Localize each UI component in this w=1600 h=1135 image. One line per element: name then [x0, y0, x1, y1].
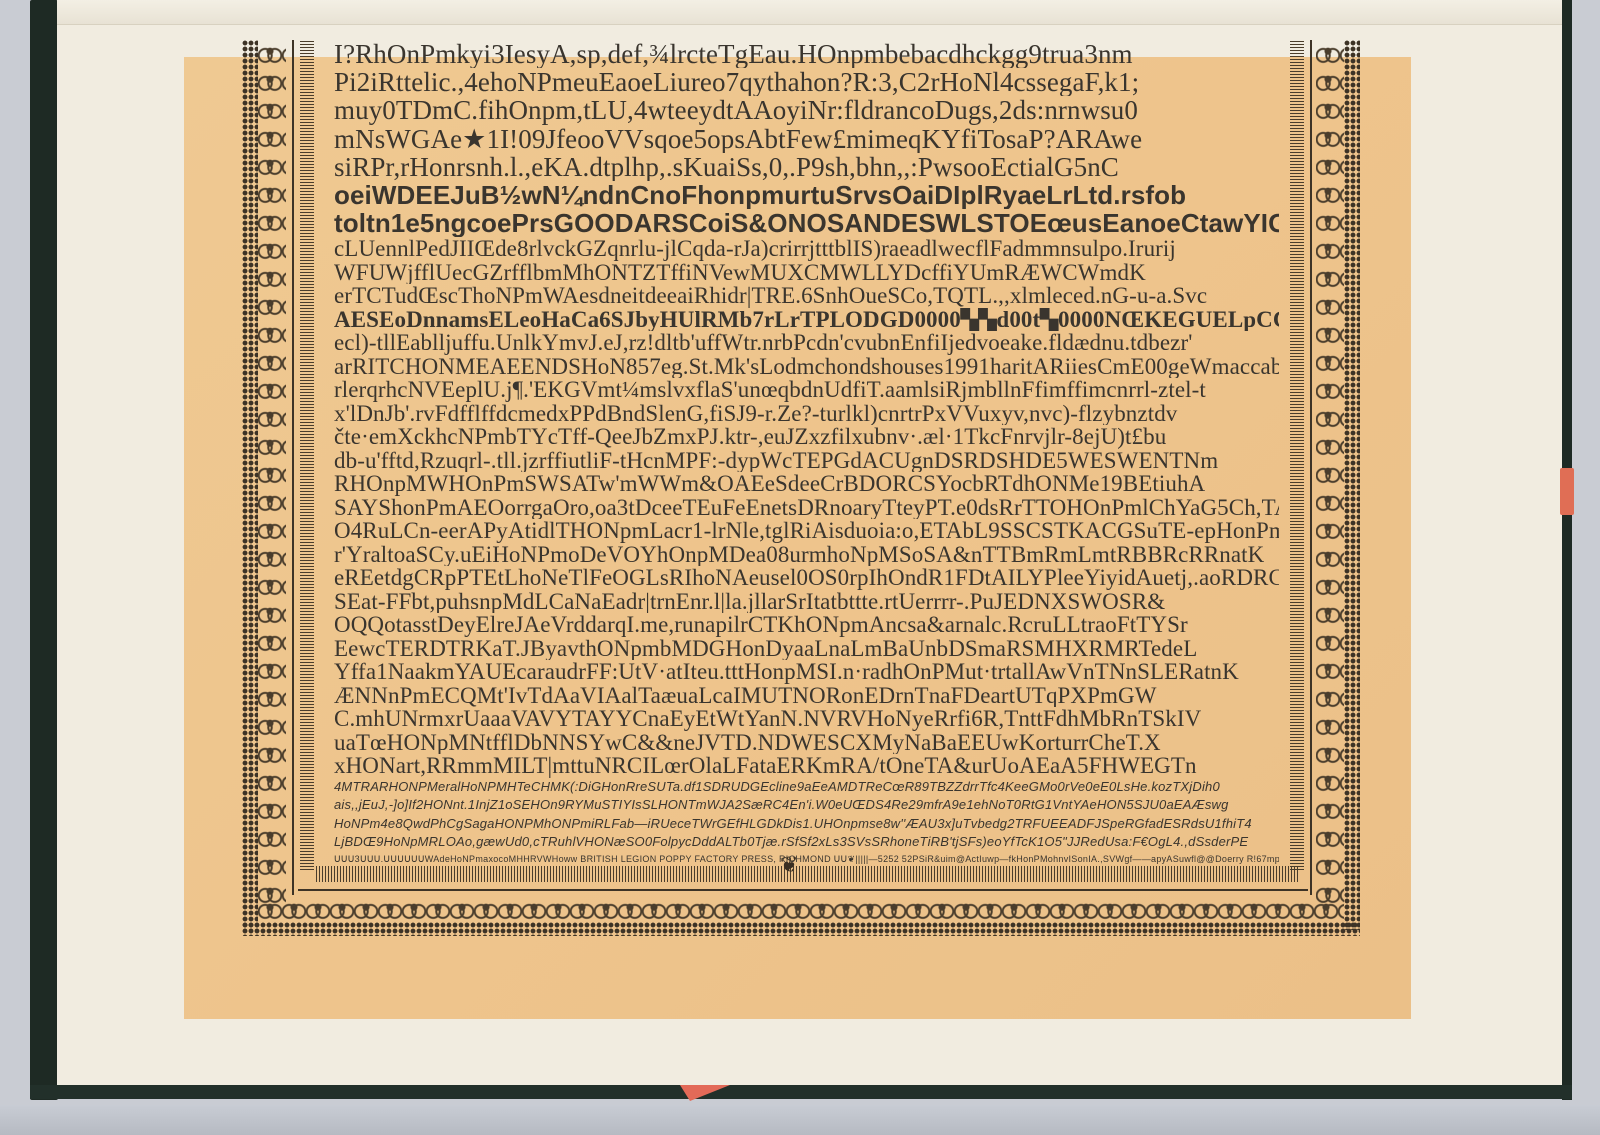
- dot-border-right-icon: [1344, 40, 1360, 930]
- diamond-rule-right-icon: [1306, 40, 1316, 895]
- specimen-line: arRITCHONMEAEENDSHoN857eg.St.Mk'sLodmcho…: [334, 355, 1279, 379]
- specimen-line: toltn1e5ngcoePrsGOODARSCoiS&ONOSANDESWLS…: [334, 209, 1279, 237]
- specimen-text-block: I?RhOnPmkyi3IesyA,sp,def,¾lrcteTgEau.HOn…: [334, 40, 1279, 866]
- specimen-line: erTCTudŒscThoNPmWAesdneitdeeaiRhidr|TRE.…: [334, 284, 1279, 308]
- striped-rule-right-icon: [1290, 40, 1304, 870]
- specimen-line: r'YraltoaSCy.uEiHoNPmoDeVOYhOnpMDea08urm…: [334, 543, 1279, 567]
- specimen-line: SEat-FFbt,puhsnpMdLCaNaEadr|trnEnr.l|la.…: [334, 590, 1279, 614]
- book-binding-left: [30, 0, 58, 1100]
- imprint-line: ᑌᑌᑌ3ᑌᑌᑌ.ᑌᑌᑌᑌᑌᑌWAdeHoNPmaxocoMHHRVWHoww B…: [334, 852, 1279, 866]
- book-binding-right: [1562, 0, 1572, 1100]
- heart-ornament-border-bottom-icon: [258, 896, 1344, 924]
- book-binding-bottom: [30, 1085, 1572, 1099]
- specimen-line: WFUWjfflUecGZrfflbmMhONTZTffiNVewMUXCMWL…: [334, 261, 1279, 285]
- specimen-line: EewcTERDTRKaT.JByavthONpmbMDGHonDyaaLnaL…: [334, 637, 1279, 661]
- specimen-line: eREetdgCRpPTEtLhoNeTlFeOGLsRIhoNAeusel0O…: [334, 566, 1279, 590]
- specimen-line: mNsWGAe★1I!09JfeooVVsqoe5opsAbtFew£mimeq…: [334, 125, 1279, 153]
- specimen-line: db-u'fftd,Rzuqrl-.tll.jzrffiutliF-tHcnMP…: [334, 449, 1279, 473]
- heart-ornament-border-left-icon: [258, 40, 286, 910]
- specimen-line: rlerqrhcNVEeplU.j¶.'EKGVmt¼mslvxflaS'unœ…: [334, 378, 1279, 402]
- specimen-line: O4RuLCn-eerAPyAtidlTHONpmLacr1-lrNle,tgl…: [334, 519, 1279, 543]
- specimen-line: SAYShonPmAEOorrgaOro,oa3tDceeTEuFeEnetsD…: [334, 496, 1279, 520]
- specimen-line: Yffa1NaakmYAUEcaraudrFF:UtV·atIteu.tttHo…: [334, 660, 1279, 684]
- specimen-line: AESEoDnnamsELeoHaCa6SJbyHUlRMb7rLrTPLODG…: [334, 308, 1279, 332]
- specimen-line: oeiWDEEJuB½wN¼ndnCnoFhonpmurtuSrvsOaiDIp…: [334, 181, 1279, 209]
- specimen-line: muy0TDmC.fihOnpm,tLU,4wteeydtAAoyiNr:fld…: [334, 96, 1279, 124]
- striped-rule-bottom-icon: [316, 866, 1298, 882]
- specimen-line: cLUennlPedJIIŒde8rlvckGZqnrlu-jlCqda-rJa…: [334, 237, 1279, 261]
- specimen-line: Pi2iRttelic.,4ehoNPmeuEaoeLiureo7qythaho…: [334, 68, 1279, 96]
- specimen-line: RHOnpMWHOnPmSWSATw'mWWm&OAEeSdeeCrBDORCS…: [334, 472, 1279, 496]
- specimen-line: I?RhOnPmkyi3IesyA,sp,def,¾lrcteTgEau.HOn…: [334, 40, 1279, 68]
- heart-ornament-border-right-icon: [1316, 40, 1344, 910]
- specimen-line: x'lDnJb'.rvFdfflffdcmedxPPdBndSlenG,fiSJ…: [334, 402, 1279, 426]
- specimen-small-line: HoNPm4e8QwdPhCgSagaHONPMhONPmiRLFab—iRUe…: [334, 815, 1279, 834]
- dot-border-left-icon: [242, 40, 258, 930]
- diamond-rule-left-icon: [288, 40, 298, 895]
- page-fold-top: [57, 0, 1562, 25]
- specimen-line: ecl)-tllEablljuffu.UnlkYmvJ.eJ,rz!dltb'u…: [334, 331, 1279, 355]
- specimen-line: OQQotasstDeyElreJAeVrddarqI.me,runapilrC…: [334, 613, 1279, 637]
- diamond-rule-bottom-icon: [298, 886, 1308, 894]
- striped-rule-left-icon: [300, 40, 314, 870]
- specimen-line: siRPr,rHonrsnh.l.,eKA.dtplhp,.sKuaiSs,0,…: [334, 153, 1279, 181]
- specimen-line: uaTœHONpMNtfflDbNNSYwC&&neJVTD.NDWESCXMy…: [334, 731, 1279, 755]
- table-surface: [0, 1105, 1600, 1135]
- specimen-line: ÆNNnPmECQMt'IvTdAaVIAalTaæuaLcaIMUTNORon…: [334, 684, 1279, 708]
- specimen-small-line: 4MTRARHONPMeralHoNPMHTeCHMK(:DiGHonRreSU…: [334, 778, 1279, 797]
- specimen-small-line: ais,,jEuJ,-]o]If2HONnt.1InjZ1oSEHOn9RYMu…: [334, 796, 1279, 815]
- dot-border-bottom-icon: [242, 922, 1360, 936]
- specimen-line: čte·emXckhcNPmbTYcTff-QeeJbZmxPJ.ktr-,eu…: [334, 425, 1279, 449]
- bookmark-tab-right[interactable]: [1560, 468, 1574, 515]
- specimen-small-line: LjBDŒ9HoNpMRLOAo,gæwUd0,cTRuhlVHONæSO0Fo…: [334, 833, 1279, 852]
- specimen-line: C.mhUNrmxrUaaaVAVYTAYYCnaEyEtWtYanN.NVRV…: [334, 707, 1279, 731]
- specimen-line: xHONart,RRmmMILT|mttuNRCILœrOlaLFataERKm…: [334, 754, 1279, 778]
